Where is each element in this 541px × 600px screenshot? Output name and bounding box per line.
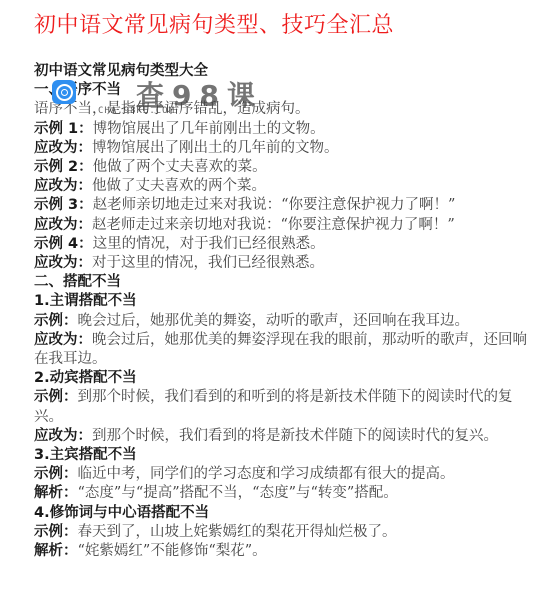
subsection-heading: 4.修饰词与中心语搭配不当 [34, 504, 529, 523]
correction-text: 对于这里的情况，我们已经很熟悉。 [92, 255, 324, 271]
correction-label: 应改为： [34, 255, 92, 271]
example-label: 示例 4： [34, 236, 93, 252]
correction-label: 应改为： [34, 332, 92, 348]
example-label: 示例： [34, 389, 78, 405]
correction-row: 应改为：对于这里的情况，我们已经很熟悉。 [34, 254, 529, 273]
correction-text: 晚会过后，她那优美的舞姿浮现在我的眼前，那动听的歌声，还回响在我耳边。 [34, 332, 527, 367]
example-label: 示例： [34, 524, 78, 540]
correction-row: 应改为：他做了丈夫喜欢的两个菜。 [34, 177, 529, 196]
example-text: 春天到了，山坡上姹紫嫣红的梨花开得灿烂极了。 [78, 524, 397, 540]
example-label: 示例 1： [34, 121, 93, 137]
document-subtitle: 初中语文常见病句类型大全 [34, 62, 529, 81]
section-heading: 一、语序不当 [34, 81, 529, 100]
example-label: 示例： [34, 466, 78, 482]
correction-text: 博物馆展出了刚出土的几年前的文物。 [92, 140, 339, 156]
correction-text: 到那个时候，我们看到的将是新技术伴随下的阅读时代的复兴。 [92, 428, 498, 444]
example-text: 赵老师亲切地走过来对我说：“你要注意保护视力了啊！” [93, 197, 456, 213]
correction-row: 应改为：到那个时候，我们看到的将是新技术伴随下的阅读时代的复兴。 [34, 427, 529, 446]
example-row: 示例 1：博物馆展出了几年前刚出土的文物。 [34, 120, 529, 139]
correction-label: 应改为： [34, 178, 92, 194]
analysis-label: 解析： [34, 485, 78, 501]
correction-label: 应改为： [34, 217, 92, 233]
example-label: 示例 3： [34, 197, 93, 213]
section-heading: 二、搭配不当 [34, 273, 529, 292]
example-text: 临近中考，同学们的学习态度和学习成绩都有很大的提高。 [78, 466, 455, 482]
example-label: 示例： [34, 313, 78, 329]
example-row: 示例：到那个时候，我们看到的和听到的将是新技术伴随下的阅读时代的复兴。 [34, 388, 529, 426]
example-text: 他做了两个丈夫喜欢的菜。 [93, 159, 267, 175]
example-row: 示例：春天到了，山坡上姹紫嫣红的梨花开得灿烂极了。 [34, 523, 529, 542]
example-row: 示例 3：赵老师亲切地走过来对我说：“你要注意保护视力了啊！” [34, 196, 529, 215]
example-row: 示例 4：这里的情况，对于我们已经很熟悉。 [34, 235, 529, 254]
subsection-heading: 2.动宾搭配不当 [34, 369, 529, 388]
example-text: 这里的情况，对于我们已经很熟悉。 [93, 236, 325, 252]
correction-label: 应改为： [34, 428, 92, 444]
analysis-label: 解析： [34, 543, 78, 559]
analysis-row: 解析：“态度”与“提高”搭配不当，“态度”与“转变”搭配。 [34, 484, 529, 503]
correction-label: 应改为： [34, 140, 92, 156]
correction-row: 应改为：赵老师走过来亲切地对我说：“你要注意保护视力了啊！” [34, 216, 529, 235]
subsection-heading: 1.主谓搭配不当 [34, 292, 529, 311]
document-title: 初中语文常见病句类型、技巧全汇总 [34, 8, 394, 39]
example-row: 示例 2：他做了两个丈夫喜欢的菜。 [34, 158, 529, 177]
correction-row: 应改为：博物馆展出了刚出土的几年前的文物。 [34, 139, 529, 158]
correction-text: 他做了丈夫喜欢的两个菜。 [92, 178, 266, 194]
example-text: 博物馆展出了几年前刚出土的文物。 [93, 121, 325, 137]
example-text: 晚会过后，她那优美的舞姿，动听的歌声，还回响在我耳边。 [78, 313, 470, 329]
document-body: 初中语文常见病句类型大全 一、语序不当 语序不当，是指句子语序错乱，造成病句。 … [34, 62, 529, 561]
example-text: 到那个时候，我们看到的和听到的将是新技术伴随下的阅读时代的复兴。 [34, 389, 513, 424]
correction-row: 应改为：晚会过后，她那优美的舞姿浮现在我的眼前，那动听的歌声，还回响在我耳边。 [34, 331, 529, 369]
example-label: 示例 2： [34, 159, 93, 175]
analysis-text: “姹紫嫣红”不能修饰“梨花”。 [78, 543, 267, 559]
example-row: 示例：临近中考，同学们的学习态度和学习成绩都有很大的提高。 [34, 465, 529, 484]
example-row: 示例：晚会过后，她那优美的舞姿，动听的歌声，还回响在我耳边。 [34, 312, 529, 331]
analysis-text: “态度”与“提高”搭配不当，“态度”与“转变”搭配。 [78, 485, 398, 501]
analysis-row: 解析：“姹紫嫣红”不能修饰“梨花”。 [34, 542, 529, 561]
correction-text: 赵老师走过来亲切地对我说：“你要注意保护视力了啊！” [92, 217, 455, 233]
section-intro: 语序不当，是指句子语序错乱，造成病句。 [34, 100, 529, 119]
subsection-heading: 3.主宾搭配不当 [34, 446, 529, 465]
